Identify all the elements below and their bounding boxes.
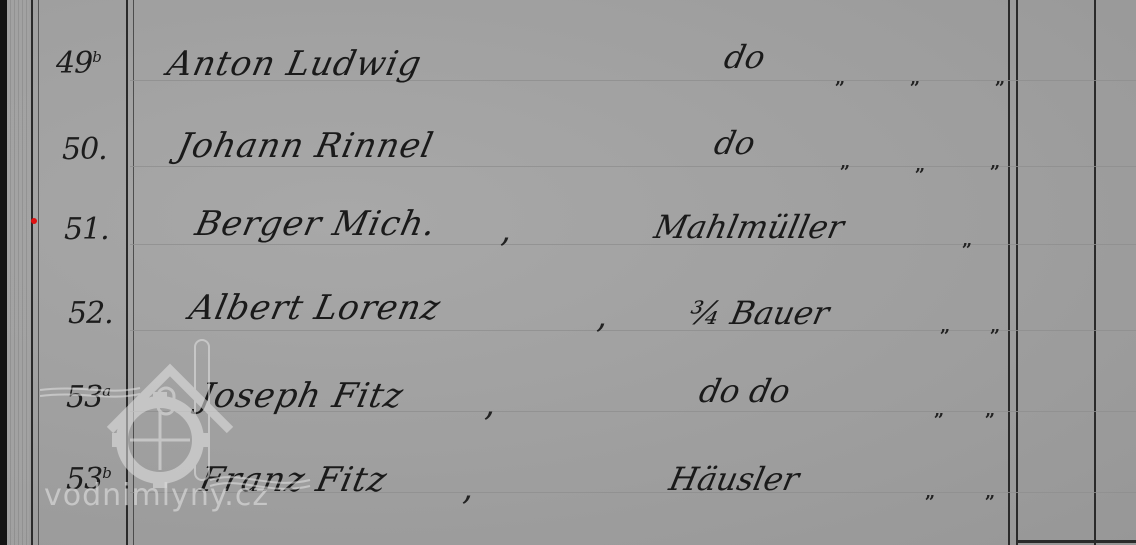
left-margin-rule-2 — [38, 0, 39, 545]
ditto-mark: „ — [990, 152, 1000, 173]
ditto-mark: „ — [925, 482, 935, 503]
row-number: 53a — [66, 380, 110, 415]
row-number: 52. — [68, 296, 113, 331]
occupation: do — [721, 38, 769, 76]
person-name: Berger Mich. — [192, 204, 440, 244]
ditto-mark: „ — [995, 68, 1005, 89]
ditto-mark: „ — [835, 68, 845, 89]
ruled-line — [130, 244, 1136, 245]
ditto-mark: „ — [934, 400, 944, 421]
far-right-column-rule — [1094, 0, 1096, 545]
comma-mark: , — [462, 468, 473, 508]
row-number: 50. — [62, 132, 107, 167]
occupation: Mahlmüller — [651, 208, 847, 246]
occupation: do do — [696, 372, 794, 410]
row-number: 51. — [64, 212, 109, 247]
ruled-line — [130, 330, 1136, 331]
ditto-mark: „ — [962, 230, 972, 251]
right-column-rule-2 — [1016, 0, 1018, 545]
left-margin-rule — [31, 0, 33, 545]
occupation: do — [711, 124, 759, 162]
ditto-mark: „ — [940, 316, 950, 337]
comma-mark: , — [484, 384, 495, 424]
person-name: Johann Rinnel — [174, 126, 438, 166]
occupation: ¾ Bauer — [686, 294, 833, 332]
person-name: Anton Ludwig — [164, 44, 426, 84]
book-binding — [0, 0, 7, 545]
ditto-mark: „ — [990, 316, 1000, 337]
ditto-mark: „ — [840, 152, 850, 173]
occupation: Häusler — [666, 460, 803, 498]
comma-mark: , — [596, 296, 607, 336]
register-page: 49b Anton Ludwig do „ „ „ 50. Johann Rin… — [0, 0, 1136, 545]
person-name: Albert Lorenz — [186, 288, 445, 328]
right-column-rule — [1008, 0, 1010, 545]
ditto-mark: „ — [910, 68, 920, 89]
ditto-mark: „ — [985, 400, 995, 421]
bottom-rule — [1016, 540, 1136, 543]
comma-mark: , — [500, 210, 511, 250]
ruled-line — [130, 166, 1136, 167]
watermark-text: vodnimlyny.cz — [44, 478, 269, 513]
number-column-rule-2 — [133, 0, 134, 545]
ditto-mark: „ — [915, 155, 925, 176]
person-name: Joseph Fitz — [196, 376, 408, 416]
number-column-rule — [126, 0, 128, 545]
row-number: 49b — [56, 46, 101, 81]
ditto-mark: „ — [985, 482, 995, 503]
page-edges — [7, 0, 29, 545]
red-marker-dot — [31, 218, 37, 224]
